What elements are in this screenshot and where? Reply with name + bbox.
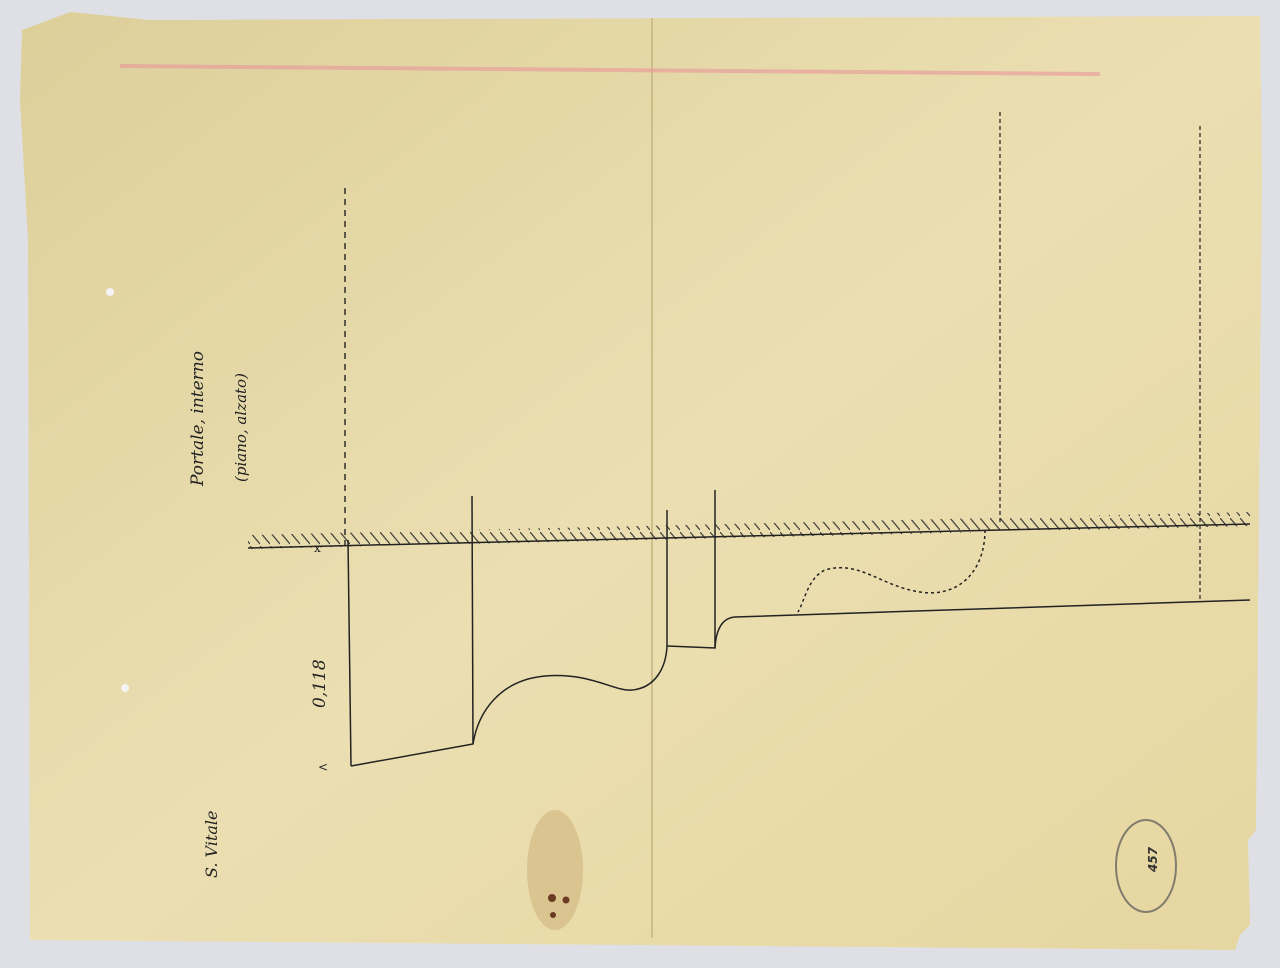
stain	[527, 810, 583, 930]
author-signature: S. Vitale	[202, 810, 221, 878]
svg-text:x: x	[314, 541, 321, 555]
drawing-subtitle: (piano, alzato)	[232, 373, 250, 482]
dimension-label: 0,118	[310, 659, 330, 708]
stamp-number: 457	[1146, 847, 1160, 872]
drawing-title: Portale, interno	[188, 351, 208, 486]
svg-text:<: <	[318, 760, 328, 774]
